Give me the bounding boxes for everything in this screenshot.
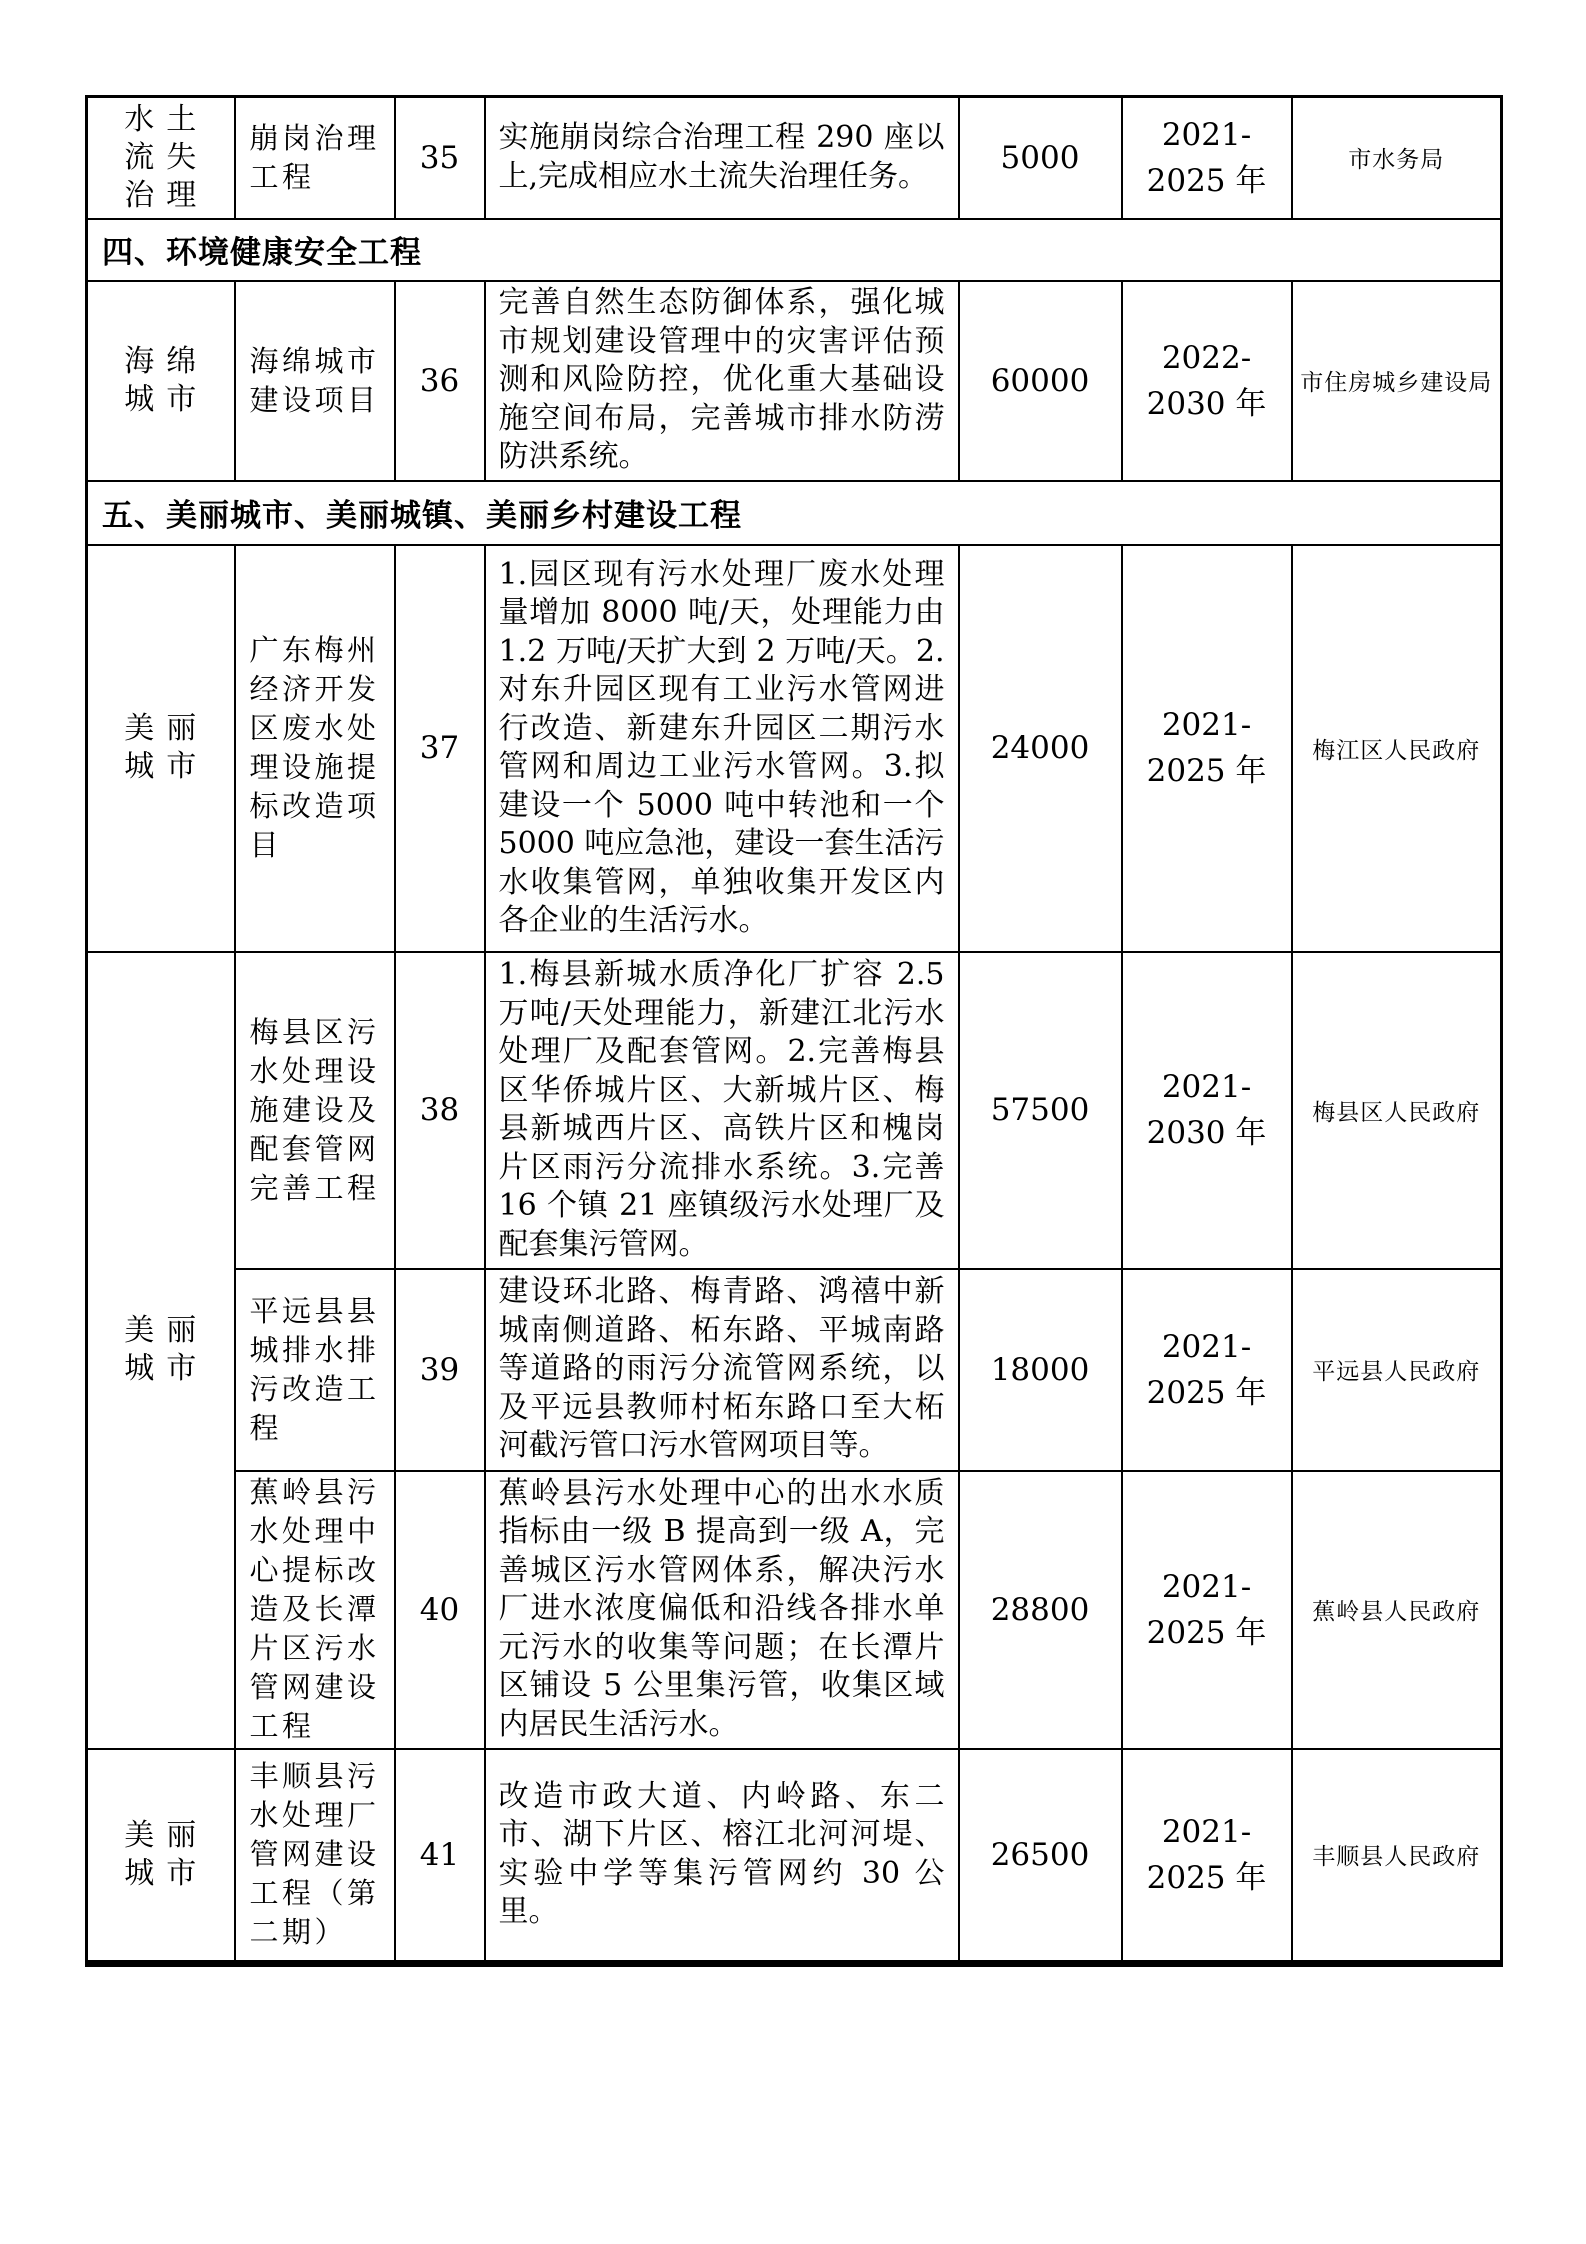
section-header-row: 五、美丽城市、美丽城镇、美丽乡村建设工程 [87,481,1502,545]
project-name-cell: 蕉岭县污 水处理中 心提标改 造及长潭 片区污水 管网建设 工程 [235,1471,395,1749]
table-row: 美丽 城市 丰顺县污 水处理厂 管网建设 工程（第 二期） 41 改造市政大道、… [87,1749,1502,1964]
unit-cell: 梅县区人民政府 [1292,952,1502,1269]
investment-cell: 57500 [959,952,1122,1269]
period-cell: 2021- 2030 年 [1122,952,1292,1269]
table-row: 美丽 城市 广东梅州 经济开发 区废水处 理设施提 标改造项 目 37 1.园区… [87,545,1502,952]
unit-cell: 蕉岭县人民政府 [1292,1471,1502,1749]
index-cell: 37 [395,545,485,952]
index-cell: 39 [395,1269,485,1471]
investment-cell: 5000 [959,97,1122,219]
index-cell: 36 [395,281,485,481]
category-cell: 美丽 城市 [87,545,235,952]
period-cell: 2021- 2025 年 [1122,545,1292,952]
projects-table: 水土 流失 治理 崩岗治理 工程 35 实施崩岗综合治理工程 290 座以上,完… [85,95,1503,1967]
description-cell: 1.梅县新城水质净化厂扩容 2.5 万吨/天处理能力，新建江北污水处理厂及配套管… [485,952,959,1269]
category-cell: 水土 流失 治理 [87,97,235,219]
unit-cell: 市住房城乡建设局 [1292,281,1502,481]
investment-cell: 26500 [959,1749,1122,1964]
category-cell: 美丽 城市 [87,1749,235,1964]
project-name-cell: 海绵城市 建设项目 [235,281,395,481]
index-cell: 41 [395,1749,485,1964]
section-header-cell: 四、环境健康安全工程 [87,219,1502,281]
investment-cell: 24000 [959,545,1122,952]
description-cell: 1.园区现有污水处理厂废水处理量增加 8000 吨/天，处理能力由 1.2 万吨… [485,545,959,952]
unit-cell: 丰顺县人民政府 [1292,1749,1502,1964]
unit-cell: 平远县人民政府 [1292,1269,1502,1471]
period-cell: 2021- 2025 年 [1122,1471,1292,1749]
period-cell: 2021- 2025 年 [1122,1749,1292,1964]
investment-cell: 60000 [959,281,1122,481]
investment-cell: 18000 [959,1269,1122,1471]
index-cell: 38 [395,952,485,1269]
description-cell: 实施崩岗综合治理工程 290 座以上,完成相应水土流失治理任务。 [485,97,959,219]
description-cell: 改造市政大道、内岭路、东二市、湖下片区、榕江北河河堤、实验中学等集污管网约 30… [485,1749,959,1964]
table-row: 海绵 城市 海绵城市 建设项目 36 完善自然生态防御体系，强化城市规划建设管理… [87,281,1502,481]
category-cell: 海绵 城市 [87,281,235,481]
period-cell: 2021- 2025 年 [1122,97,1292,219]
section-header-row: 四、环境健康安全工程 [87,219,1502,281]
section-header-cell: 五、美丽城市、美丽城镇、美丽乡村建设工程 [87,481,1502,545]
table-row: 蕉岭县污 水处理中 心提标改 造及长潭 片区污水 管网建设 工程 40 蕉岭县污… [87,1471,1502,1749]
project-name-cell: 崩岗治理 工程 [235,97,395,219]
description-cell: 完善自然生态防御体系，强化城市规划建设管理中的灾害评估预测和风险防控，优化重大基… [485,281,959,481]
table-row: 平远县县 城排水排 污改造工 程 39 建设环北路、梅青路、鸿禧中新城南侧道路、… [87,1269,1502,1471]
project-name-cell: 梅县区污 水处理设 施建设及 配套管网 完善工程 [235,952,395,1269]
unit-cell: 梅江区人民政府 [1292,545,1502,952]
description-cell: 建设环北路、梅青路、鸿禧中新城南侧道路、柘东路、平城南路等道路的雨污分流管网系统… [485,1269,959,1471]
document-page: 水土 流失 治理 崩岗治理 工程 35 实施崩岗综合治理工程 290 座以上,完… [0,0,1586,2244]
investment-cell: 28800 [959,1471,1122,1749]
table-row: 水土 流失 治理 崩岗治理 工程 35 实施崩岗综合治理工程 290 座以上,完… [87,97,1502,219]
index-cell: 35 [395,97,485,219]
period-cell: 2022- 2030 年 [1122,281,1292,481]
category-cell: 美丽 城市 [87,952,235,1749]
description-cell: 蕉岭县污水处理中心的出水水质指标由一级 B 提高到一级 A，完善城区污水管网体系… [485,1471,959,1749]
project-name-cell: 平远县县 城排水排 污改造工 程 [235,1269,395,1471]
project-name-cell: 丰顺县污 水处理厂 管网建设 工程（第 二期） [235,1749,395,1964]
index-cell: 40 [395,1471,485,1749]
table-row: 美丽 城市 梅县区污 水处理设 施建设及 配套管网 完善工程 38 1.梅县新城… [87,952,1502,1269]
project-name-cell: 广东梅州 经济开发 区废水处 理设施提 标改造项 目 [235,545,395,952]
period-cell: 2021- 2025 年 [1122,1269,1292,1471]
unit-cell: 市水务局 [1292,97,1502,219]
